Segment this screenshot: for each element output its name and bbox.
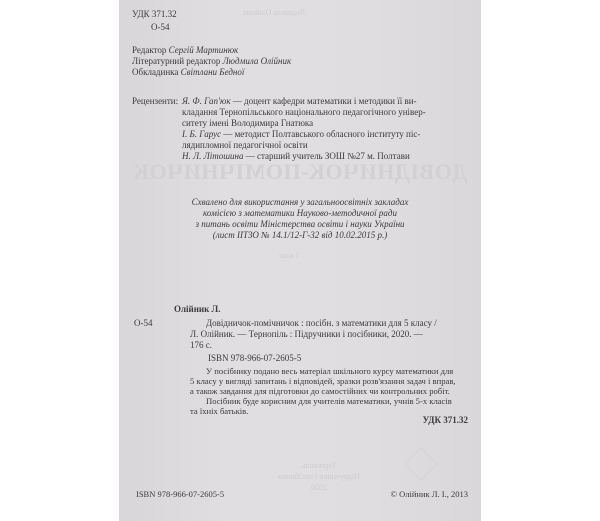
credit-name: Людмила Олійник [223,56,292,66]
reviewer-name: Я. Ф. Гап'юк [182,96,231,106]
reviewer-name: І. Б. Гарус [182,129,221,139]
reviewers-list: Я. Ф. Гап'юк — доцент кафедри математики… [182,96,475,162]
catalog-isbn: ISBN 978-966-07-2605-5 [208,353,301,364]
catalog-line: Л. Олійник. — Тернопіль : Підручники і п… [190,329,480,340]
catalog-line: Довідничок-помічничок : посібн. з матема… [190,318,480,329]
reviewer-line: Я. Ф. Гап'юк — доцент кафедри математики… [182,96,475,107]
approval-line: (лист ІІТЗО № 14.1/12-Г-32 від 10.02.201… [119,230,481,241]
reviewers-label: Рецензенти: [132,96,178,107]
reviewer-name: Н. Л. Літошина [182,151,243,161]
reviewer-line: І. Б. Гарус — методист Полтавського обла… [182,129,475,140]
book-annotation: У посібнику подано весь матеріал шкільно… [190,366,478,416]
bleed-through-author: Людмила Олійник [214,7,334,18]
approval-line: з питань освіти Міністерства освіти і на… [119,219,481,230]
reviewer-line: Н. Л. Літошина — старший учитель ЗОШ №27… [182,151,475,162]
udk-code-top: УДК 371.32 [132,9,177,20]
catalog-description: Довідничок-помічничок : посібн. з матема… [190,318,480,351]
bleed-through-title: ДОВІДНИЧОК-ПОМІЧНИЧОК [119,166,481,177]
annotation-line: а також завдання для підготовки до самос… [190,386,478,396]
catalog-line: 176 с. [190,340,480,351]
bleed-through-year: 2020 [259,482,379,493]
bleed-through-grade: 5 клас [229,250,349,261]
footer-copyright: © Олійник Л. І., 2013 [391,489,468,500]
reviewer-line: кладання Тернопільського національного п… [182,107,475,118]
credit-editor: Редактор Сергій Мартинюк [132,45,238,56]
credit-name: Сергій Мартинюк [169,45,239,55]
catalog-author: Олійник Л. [174,304,221,315]
credit-name: Світлани Бедної [181,67,245,77]
credit-role: Літературний редактор [132,56,220,66]
credit-role: Редактор [132,45,166,55]
credit-role: Обкладинка [132,67,178,77]
approval-line: комісією з математики Науково-методичної… [119,208,481,219]
annotation-line: У посібнику подано весь матеріал шкільно… [190,366,478,376]
footer-isbn: ISBN 978-966-07-2605-5 [136,489,224,500]
ministry-approval: Схвалено для використання у загальноосві… [119,197,481,241]
annotation-line: 5 класу у вигляді запитань і відповідей,… [190,376,478,386]
bleed-through-logo-icon [404,447,438,481]
bleed-through-publisher: Підручники і посібники [259,471,379,482]
credit-literary-editor: Літературний редактор Людмила Олійник [132,56,291,67]
udk-code-bottom: УДК 371.32 [423,415,468,426]
bleed-through-city: Тернопіль [259,460,379,471]
annotation-line: Посібник буде корисним для учителів мате… [190,396,478,406]
catalog-code: О-54 [134,318,153,329]
book-imprint-page: Людмила Олійник ДОВІДНИЧОК-ПОМІЧНИЧОК 5 … [119,0,481,521]
credit-cover: Обкладинка Світлани Бедної [132,67,244,78]
approval-line: Схвалено для використання у загальноосві… [119,197,481,208]
reviewer-line: ситету імені Володимира Гнатюка [182,118,475,129]
reviewer-line: лядипломної педагогічної освіти [182,140,475,151]
classification-code-top: О-54 [151,22,170,33]
